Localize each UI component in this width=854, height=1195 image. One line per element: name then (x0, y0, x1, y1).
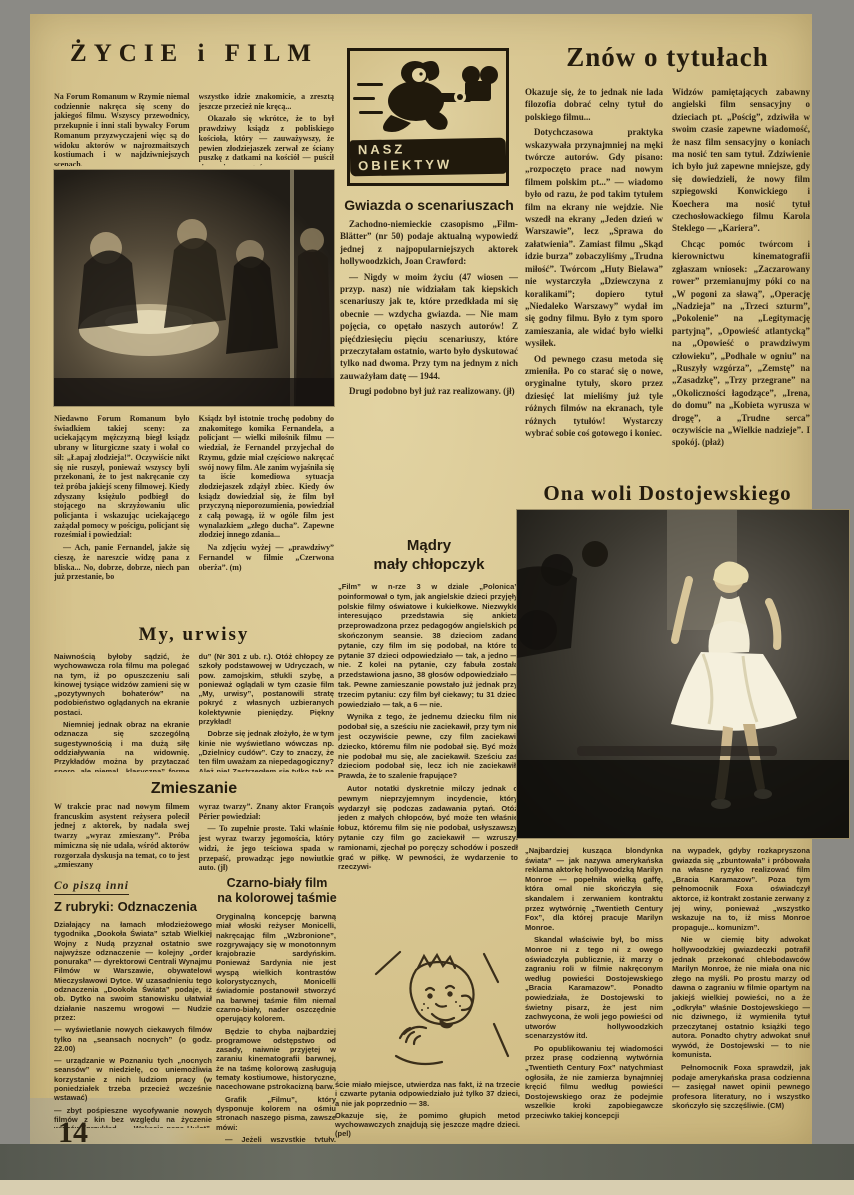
paragraph: Chcąc pomóc twórcom i kierownictwu kinem… (672, 238, 810, 449)
paragraph: — urządzanie w Poznaniu tych „nocnych se… (54, 1056, 212, 1102)
headline-my-urwisy: My, urwisy (54, 624, 334, 646)
paragraph: Grafik „Filmu”, który dysponuje kolorem … (216, 1095, 336, 1132)
paragraph: Dotychczasowa praktyka wskazywała przyna… (525, 126, 663, 349)
paragraph: Od pewnego czasu metoda się zmieniła. Po… (525, 353, 663, 440)
headline-line: Czarno-biały film (227, 876, 328, 890)
paragraph: Działający na łamach młodzieżowego tygod… (54, 920, 212, 1022)
article-znow: Okazuje się, że to jednak nie lada filoz… (525, 86, 810, 474)
paragraph: Okazało się wkrótce, że to był prawdziwy… (199, 114, 335, 166)
paragraph: Oryginalną koncepcję barwną miał włoski … (216, 912, 336, 1024)
headline-zycie-i-film: ŻYCIE i FILM (54, 40, 334, 68)
paragraph: — Nigdy w moim życiu (47 wiosen — przyp.… (340, 271, 518, 383)
paragraph: Skandal właściwie był, bo miss Monroe ni… (525, 935, 663, 1041)
paragraph: — Ach, panie Fernandel, jakże się cieszę… (54, 543, 190, 582)
paragraph: Widzów pamiętających zabawny angielski f… (672, 86, 810, 235)
article-madry-tail: ście miało miejsce, utwierdza nas fakt, … (335, 1080, 520, 1138)
marilyn-monroe-photo (517, 510, 849, 838)
article-czarno-bialy: Oryginalną koncepcję barwną miał włoski … (216, 912, 336, 1142)
paragraph: du” (Nr 301 z ub. r.). Otóż chłopcy ze s… (199, 652, 335, 726)
magazine-page: ŻYCIE i FILM Na Forum Romanum w Rzymie n… (0, 0, 854, 1195)
paragraph: — To zupełnie proste. Taki właśnie jest … (199, 824, 335, 873)
headline-ona-woli: Ona woli Dostojewskiego (525, 481, 810, 506)
headline-madry: Mądry mały chłopczyk (340, 536, 518, 574)
paragraph: Będzie to chyba najbardziej programowe o… (216, 1027, 336, 1092)
scan-bottom-strip (0, 1180, 854, 1195)
headline-zmieszanie: Zmieszanie (54, 780, 334, 798)
paragraph: Po opublikowaniu tej wiadomości przez pr… (525, 1044, 663, 1121)
paragraph: Zachodno-niemieckie czasopismo „Film-Blä… (340, 218, 518, 268)
headline-czarno-bialy: Czarno-biały film na kolorowej taśmie (216, 876, 338, 906)
paragraph: Niemniej jednak obraz na ekranie odznacz… (54, 720, 190, 772)
paragraph: Okazuje się, że pomimo głupich metod wyc… (335, 1111, 520, 1138)
headline-line: na kolorowej taśmie (217, 891, 336, 905)
paragraph: W trakcie prac nad nowym filmem francusk… (54, 802, 190, 870)
article-zmieszanie: W trakcie prac nad nowym filmem francusk… (54, 802, 334, 878)
cameraman-cartoon (353, 53, 503, 139)
paragraph: — Jeżeli wszystkie tytuły, ramki i pół t… (216, 1135, 336, 1142)
headline-line: Mądry (407, 537, 451, 554)
headline-odznaczenia: Z rubryki: Odznaczenia (54, 899, 224, 914)
article-madry: „Film” w n-rze 3 w dziale „Polonica” poi… (338, 582, 518, 938)
kicker-co-pisza-inni: Co piszą inni (54, 880, 129, 895)
headline-znow-o-tytulach: Znów o tytułach (525, 42, 810, 73)
paragraph: Dobrze się jednak złożyło, że w tym kini… (199, 729, 335, 772)
article-zycie-top: Na Forum Romanum w Rzymie niemal codzien… (54, 92, 334, 166)
article-my-urwisy: Naiwnością byłoby sądzić, że wychowawcza… (54, 652, 334, 772)
paragraph: Ksiądz był istotnie trochę podobny do zn… (199, 414, 335, 540)
paragraph: Wynika z tego, że jednemu dziecku film n… (338, 712, 518, 781)
paragraph: Naiwnością byłoby sądzić, że wychowawcza… (54, 652, 190, 717)
paragraph: wszystko idzie znakomicie, a zresztą jes… (199, 92, 335, 111)
article-ona-woli: „Najbardziej kusząca blondynka świata” —… (525, 846, 810, 1140)
paragraph: Niedawno Forum Romanum było świadkiem ta… (54, 414, 190, 540)
paragraph: Autor notatki dyskretnie milczy jednak o… (338, 784, 518, 872)
headline-line: mały chłopczyk (374, 556, 485, 573)
paragraph: — wyświetlanie nowych ciekawych filmów t… (54, 1025, 212, 1053)
headline-gwiazda: Gwiazda o scenariuszach (340, 197, 518, 213)
paragraph: Drugi podobno był już raz realizowany. (… (340, 385, 518, 397)
paragraph: na wypadek, gdyby rozkapryszona gwiazda … (672, 846, 810, 932)
paragraph: Na Forum Romanum w Rzymie niemal codzien… (54, 92, 190, 166)
article-odznaczenia: Działający na łamach młodzieżowego tygod… (54, 920, 212, 1128)
nasz-obiektyw-box: NASZ OBIEKTYW (347, 48, 509, 186)
nasz-obiektyw-label: NASZ OBIEKTYW (350, 138, 507, 177)
paragraph: wyraz twarzy”. Znany aktor François Péri… (199, 802, 335, 821)
paragraph: Okazuje się, że to jednak nie lada filoz… (525, 86, 663, 123)
paragraph: Nie w ciemię bity adwokat hollywoodzkiej… (672, 935, 810, 1060)
paragraph: „Film” w n-rze 3 w dziale „Polonica” poi… (338, 582, 518, 709)
scan-bottom-band (0, 1144, 854, 1180)
page-number: 14 (58, 1118, 88, 1148)
paragraph: „Najbardziej kusząca blondynka świata” —… (525, 846, 663, 932)
paragraph: Pełnomocnik Foxa sprawdził, jak podaje a… (672, 1063, 810, 1111)
boy-illustration (366, 938, 518, 1078)
article-gwiazda: Zachodno-niemieckie czasopismo „Film-Blä… (340, 218, 518, 526)
article-zycie-bottom: Niedawno Forum Romanum było świadkiem ta… (54, 414, 334, 618)
fernandel-photo (54, 170, 334, 406)
photo-caption: Na zdjęciu wyżej — „prawdziwy” Fernandel… (199, 543, 335, 572)
paragraph: ście miało miejsce, utwierdza nas fakt, … (335, 1080, 520, 1108)
